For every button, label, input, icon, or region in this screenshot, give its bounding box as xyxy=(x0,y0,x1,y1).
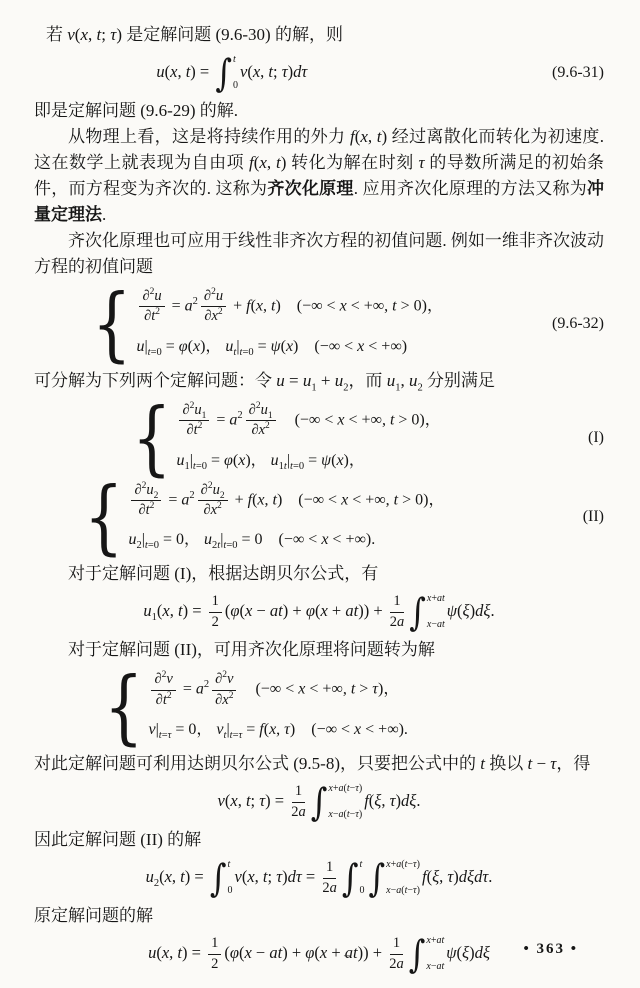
equation-body: u(x, t) = 12(φ(x − at) + φ(x + at)) + 12… xyxy=(148,935,490,973)
system-group: { ∂2u∂t2 = a2∂2u∂x2 + f(x, t) (−∞ < x < … xyxy=(92,288,443,360)
system-group: { ∂2u2∂t2 = a2∂2u2∂x2 + f(x, t) (−∞ < x … xyxy=(84,482,444,554)
paragraph-dalembert-shift: 对此定解问题可利用达朗贝尔公式 (9.5-8)，只要把公式中的 t 换以 t −… xyxy=(34,751,604,777)
equation-9-6-31: u(x, t) = ∫t0v(x, t; τ)dτ (9.6-31) xyxy=(34,54,604,92)
system-group: { ∂2v∂t2 = a2∂2v∂x2 (−∞ < x < +∞, t > τ)… xyxy=(104,671,408,743)
system-rows: ∂2u1∂t2 = a2∂2u1∂x2 (−∞ < x < +∞, t > 0)… xyxy=(176,402,440,474)
equation-label: (9.6-32) xyxy=(552,311,604,337)
equation-body: v(x, t; τ) = 12a∫x+a(t−τ)x−a(t−τ)f(ξ, τ)… xyxy=(218,783,421,821)
system-row: ∂2u1∂t2 = a2∂2u1∂x2 (−∞ < x < +∞, t > 0)… xyxy=(176,402,440,440)
equation-system-v: { ∂2v∂t2 = a2∂2v∂x2 (−∞ < x < +∞, t > τ)… xyxy=(34,671,604,743)
paragraph-physical-interpretation: 从物理上看，这是将持续作用的外力 f(x, t) 经过离散化而转化为初速度. 这… xyxy=(34,124,604,228)
scan-artifact-dash: – xyxy=(344,942,351,968)
system-row: u|t=0 = φ(x)， ut|t=0 = ψ(x) (−∞ < x < +∞… xyxy=(136,334,443,360)
equation-u1-solution: u1(x, t) = 12(φ(x − at) + φ(x + at)) + 1… xyxy=(34,593,604,631)
equation-system-9-6-32: { ∂2u∂t2 = a2∂2u∂x2 + f(x, t) (−∞ < x < … xyxy=(34,288,604,360)
curly-brace: { xyxy=(132,397,171,478)
paragraph-decomposition: 可分解为下列两个定解问题：令 u = u1 + u2，而 u1, u2 分别满足 xyxy=(34,368,604,394)
paragraph-dalembert-I: 对于定解问题 (I)，根据达朗贝尔公式，有 xyxy=(34,561,604,587)
curly-brace: { xyxy=(84,477,123,558)
paragraph-intro: 若 v(x, t; τ) 是定解问题 (9.6-30) 的解，则 xyxy=(34,22,604,48)
equation-system-II: { ∂2u2∂t2 = a2∂2u2∂x2 + f(x, t) (−∞ < x … xyxy=(34,482,604,554)
equation-label: (I) xyxy=(588,425,604,451)
equation-u2-solution: u2(x, t) = ∫t0v(x, t; τ)dτ = 12a∫t0∫x+a(… xyxy=(34,859,604,897)
equation-label: (II) xyxy=(583,504,604,530)
paragraph-conclusion-31: 即是定解问题 (9.6-29) 的解. xyxy=(34,98,604,124)
system-rows: ∂2u2∂t2 = a2∂2u2∂x2 + f(x, t) (−∞ < x < … xyxy=(128,482,444,554)
system-row: v|t=τ = 0， vt|t=τ = f(x, τ) (−∞ < x < +∞… xyxy=(148,717,407,743)
paragraph-solution-II: 因此定解问题 (II) 的解 xyxy=(34,827,604,853)
equation-body: u(x, t) = ∫t0v(x, t; τ)dτ xyxy=(156,54,307,92)
equation-label: (9.6-31) xyxy=(552,60,604,86)
equation-system-I: { ∂2u1∂t2 = a2∂2u1∂x2 (−∞ < x < +∞, t > … xyxy=(34,402,604,474)
equation-v-solution: v(x, t; τ) = 12a∫x+a(t−τ)x−a(t−τ)f(ξ, τ)… xyxy=(34,783,604,821)
equation-body: u2(x, t) = ∫t0v(x, t; τ)dτ = 12a∫t0∫x+a(… xyxy=(146,859,493,897)
equation-body: u1(x, t) = 12(φ(x − at) + φ(x + at)) + 1… xyxy=(143,593,494,631)
system-row: ∂2v∂t2 = a2∂2v∂x2 (−∞ < x < +∞, t > τ)， xyxy=(148,671,407,709)
system-group: { ∂2u1∂t2 = a2∂2u1∂x2 (−∞ < x < +∞, t > … xyxy=(132,402,441,474)
system-rows: ∂2u∂t2 = a2∂2u∂x2 + f(x, t) (−∞ < x < +∞… xyxy=(136,288,443,360)
curly-brace: { xyxy=(92,284,131,365)
system-row: ∂2u2∂t2 = a2∂2u2∂x2 + f(x, t) (−∞ < x < … xyxy=(128,482,444,520)
paragraph-original-solution: 原定解问题的解 xyxy=(34,903,604,929)
textbook-page: 若 v(x, t; τ) 是定解问题 (9.6-30) 的解，则 u(x, t)… xyxy=(0,0,640,988)
page-number: • 363 • xyxy=(523,936,578,962)
paragraph-application-intro: 齐次化原理也可应用于线性非齐次方程的初值问题. 例如一维非齐次波动方程的初值问题 xyxy=(34,228,604,280)
system-rows: ∂2v∂t2 = a2∂2v∂x2 (−∞ < x < +∞, t > τ)， … xyxy=(148,671,407,743)
system-row: u1|t=0 = φ(x)， u1t|t=0 = ψ(x)， xyxy=(176,448,440,474)
curly-brace: { xyxy=(104,667,143,748)
system-row: ∂2u∂t2 = a2∂2u∂x2 + f(x, t) (−∞ < x < +∞… xyxy=(136,288,443,326)
system-row: u2|t=0 = 0， u2t|t=0 = 0 (−∞ < x < +∞). xyxy=(128,527,444,553)
equation-final-solution: u(x, t) = 12(φ(x − at) + φ(x + at)) + 12… xyxy=(34,935,604,973)
